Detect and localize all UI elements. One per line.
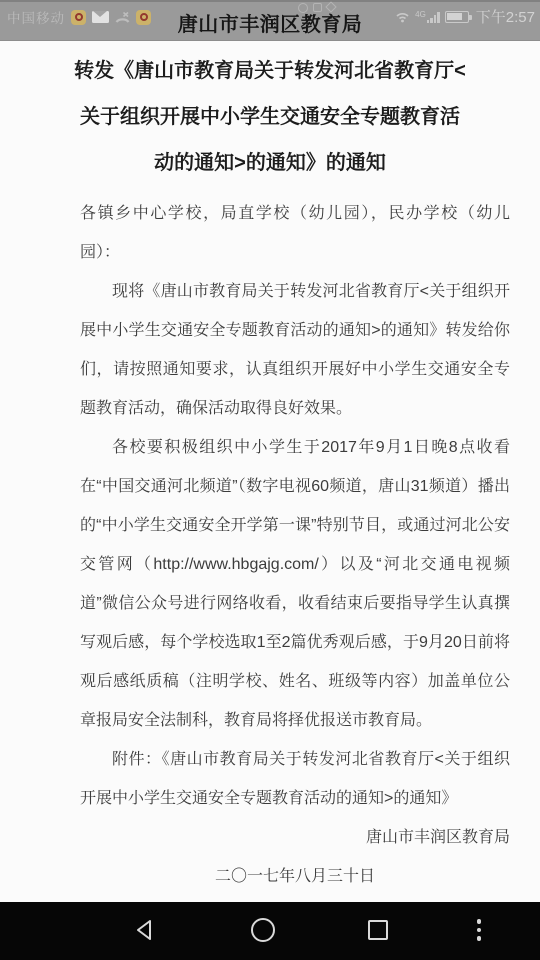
battery-icon (445, 11, 469, 23)
issue-date: 二〇一七年八月三十日 (80, 857, 510, 896)
wifi-icon (395, 11, 410, 23)
ghost-circle-icon (298, 3, 308, 13)
eye-glyph (75, 13, 83, 21)
ghost-diamond-icon (325, 1, 336, 12)
status-bar: 中国移动 唐山市丰润区教育局 4G 下午2:57 (0, 0, 540, 41)
missed-call-icon (115, 11, 130, 24)
network-type-label: 4G (415, 11, 426, 19)
notice-title: 转发《唐山市教育局关于转发河北省教育厅<关于组织开展中小学生交通安全专题教育活动… (72, 48, 468, 186)
signal-bars (427, 11, 440, 23)
eye-glyph (140, 13, 148, 21)
faint-status-icons (298, 3, 335, 13)
document-page[interactable]: 转发《唐山市教育局关于转发河北省教育厅<关于组织开展中小学生交通安全专题教育活动… (0, 42, 540, 902)
back-button[interactable] (131, 916, 159, 944)
home-button[interactable] (249, 916, 277, 944)
app-notification-icon (136, 10, 151, 25)
attachment-line: 附件：《唐山市教育局关于转发河北省教育厅<关于组织开展中小学生交通安全专题教育活… (80, 740, 510, 818)
menu-button[interactable] (465, 916, 493, 944)
issuer-signature: 唐山市丰润区教育局 (80, 818, 510, 857)
message-icon (92, 11, 109, 23)
ghost-square-icon (313, 3, 322, 12)
navigation-bar (0, 902, 540, 960)
clock-label: 下午2:57 (476, 6, 535, 27)
back-triangle-icon (133, 918, 157, 942)
status-bar-left-group: 中国移动 (7, 7, 151, 27)
recents-square-icon (368, 920, 388, 940)
signal-strength-icon: 4G (415, 11, 440, 23)
app-notification-icon (71, 10, 86, 25)
home-circle-icon (251, 918, 275, 942)
status-bar-right-group: 4G 下午2:57 (395, 6, 535, 27)
salutation-line: 各镇乡中心学校，局直学校（幼儿园），民办学校（幼儿园）： (80, 194, 510, 272)
carrier-label: 中国移动 (7, 7, 65, 27)
notice-paragraph: 各校要积极组织中小学生于2017年9月1日晚8点收看在“中国交通河北频道”（数字… (80, 428, 510, 740)
recents-button[interactable] (364, 916, 392, 944)
notice-body: 各镇乡中心学校，局直学校（幼儿园），民办学校（幼儿园）： 现将《唐山市教育局关于… (0, 194, 540, 896)
notice-paragraph: 现将《唐山市教育局关于转发河北省教育厅<关于组织开展中小学生交通安全专题教育活动… (80, 272, 510, 428)
menu-dots-icon (477, 919, 482, 941)
